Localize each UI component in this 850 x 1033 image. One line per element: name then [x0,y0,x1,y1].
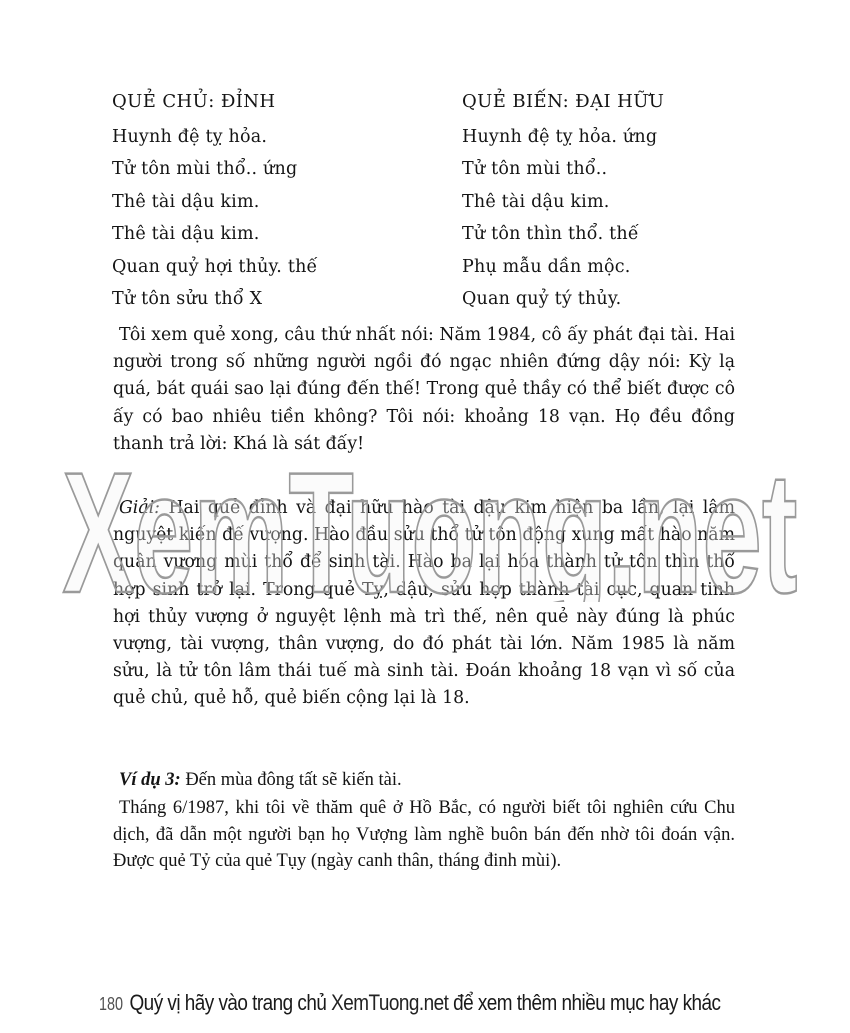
paragraph-reading: Tôi xem quẻ xong, câu thứ nhất nói: Năm … [113,322,735,458]
explanation-text: Hai quẻ đỉnh và đại hữu hào tài dậu kim … [113,498,735,708]
changed-hexagram: QUẺ BIẾN: ĐẠI HỮU Huynh đệ tỵ hỏa. ứng T… [462,86,664,316]
paragraph-text: Giải: Hai quẻ đỉnh và đại hữu hào tài dậ… [113,495,735,713]
hexagram-line: Phụ mẫu dần mộc. [462,251,664,284]
hexagram-line: Tử tôn mùi thổ.. ứng [112,153,318,186]
paragraph-story: Tháng 6/1987, khi tôi về thăm quê ở Hồ B… [113,795,735,875]
document-page: QUẺ CHỦ: ĐỈNH Huynh đệ tỵ hỏa. Tử tôn mù… [0,0,850,1033]
example-label: Ví dụ 3: [119,770,181,790]
hexagram-line: Huynh đệ tỵ hỏa. [112,121,318,154]
main-hexagram-title: QUẺ CHỦ: ĐỈNH [112,86,318,119]
hexagram-line: Thê tài dậu kim. [112,218,318,251]
paragraph-text: Ví dụ 3: Đến mùa đông tất sẽ kiến tài. [113,767,735,794]
footer-banner: Quý vị hãy vào trang chủ XemTuong.net để… [60,990,791,1016]
paragraph-explanation: Giải: Hai quẻ đỉnh và đại hữu hào tài dậ… [113,495,735,713]
hexagram-line: Quan quỷ tý thủy. [462,283,664,316]
footer-prefix: Quý vị hãy vào trang chủ [129,990,331,1015]
changed-hexagram-title: QUẺ BIẾN: ĐẠI HỮU [462,86,664,119]
hexagram-line: Thê tài dậu kim. [112,186,318,219]
main-hexagram: QUẺ CHỦ: ĐỈNH Huynh đệ tỵ hỏa. Tử tôn mù… [112,86,318,316]
example-heading: Ví dụ 3: Đến mùa đông tất sẽ kiến tài. [113,767,735,794]
example-title: Đến mùa đông tất sẽ kiến tài. [181,770,402,790]
explanation-label: Giải: [119,498,160,518]
hexagram-line: Tử tôn sửu thổ X [112,283,318,316]
footer-suffix: để xem thêm nhiều mục hay khác [448,990,720,1015]
hexagram-line: Thê tài dậu kim. [462,186,664,219]
paragraph-text: Tôi xem quẻ xong, câu thứ nhất nói: Năm … [113,322,735,458]
footer-site-link[interactable]: XemTuong.net [331,990,448,1015]
hexagram-line: Huynh đệ tỵ hỏa. ứng [462,121,664,154]
hexagram-line: Tử tôn thìn thổ. thế [462,218,664,251]
paragraph-text: Tháng 6/1987, khi tôi về thăm quê ở Hồ B… [113,795,735,875]
hexagram-line: Tử tôn mùi thổ.. [462,153,664,186]
hexagram-line: Quan quỷ hợi thủy. thế [112,251,318,284]
